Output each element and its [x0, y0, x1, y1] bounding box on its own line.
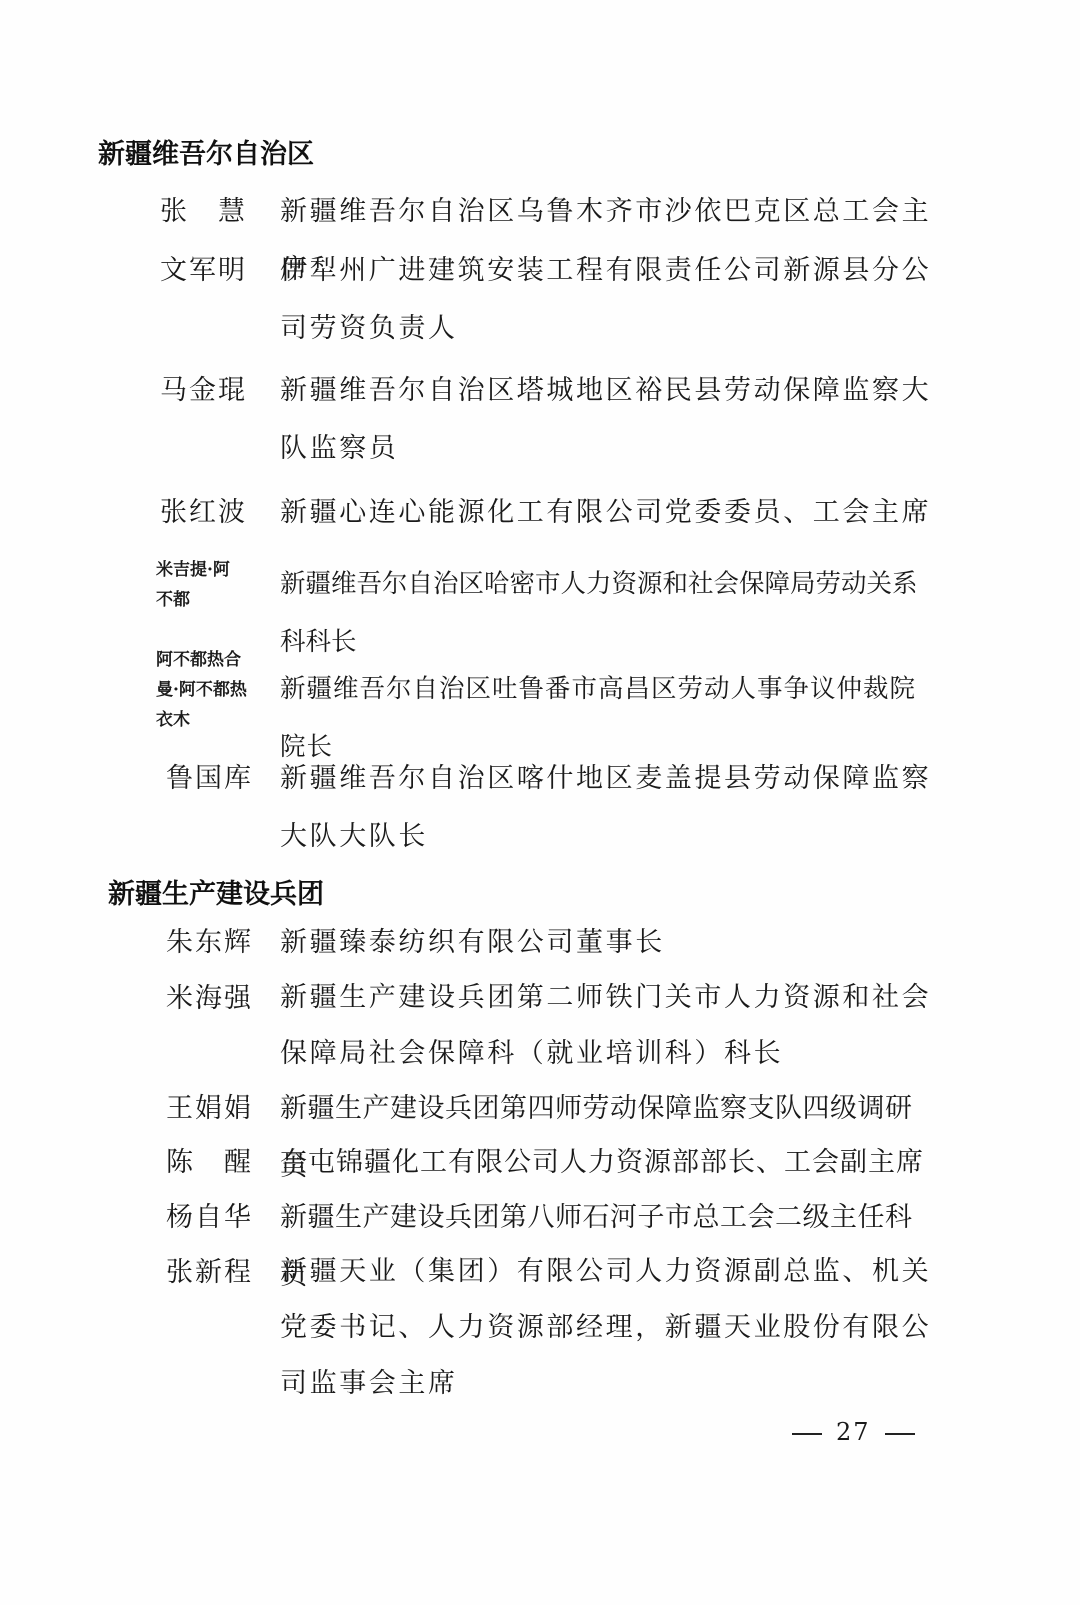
page-number: 27	[778, 1418, 929, 1446]
section-title-xpcc: 新疆生产建设兵团	[108, 872, 324, 911]
person-name: 米吉提·阿不都	[156, 555, 246, 615]
list-item: 陈 醒 奎屯锦疆化工有限公司人力资源部部长、工会副主席	[160, 1134, 950, 1192]
list-item: 阿不都热合曼·阿不都热衣木 新疆维吾尔自治区吐鲁番市高昌区劳动人事争议仲裁院院长	[160, 645, 950, 740]
list-item: 王娟娟 新疆生产建设兵团第四师劳动保障监察支队四级调研员	[160, 1080, 950, 1138]
person-name: 鲁国库	[166, 750, 266, 808]
person-name: 张红波	[160, 484, 260, 542]
person-name: 王娟娟	[166, 1080, 266, 1138]
person-name: 马金琨	[160, 362, 260, 420]
list-item: 张新程 新疆天业（集团）有限公司人力资源副总监、机关党委书记、人力资源部经理，新…	[160, 1244, 950, 1418]
list-item: 文军明 伊犁州广进建筑安装工程有限责任公司新源县分公司劳资负责人	[160, 242, 950, 358]
dash-decoration	[792, 1433, 822, 1435]
person-position: 奎屯锦疆化工有限公司人力资源部部长、工会副主席	[280, 1134, 932, 1192]
person-position: 新疆生产建设兵团第二师铁门关市人力资源和社会保障局社会保障科（就业培训科）科长	[280, 970, 932, 1082]
dash-decoration	[885, 1433, 915, 1435]
list-item: 朱东辉 新疆臻泰纺织有限公司董事长	[160, 914, 950, 972]
person-name: 阿不都热合曼·阿不都热衣木	[156, 645, 248, 735]
person-position: 新疆维吾尔自治区喀什地区麦盖提县劳动保障监察大队大队长	[280, 750, 932, 866]
person-position: 新疆心连心能源化工有限公司党委委员、工会主席	[280, 484, 932, 542]
person-name: 张新程	[166, 1244, 266, 1302]
person-name: 米海强	[166, 970, 266, 1028]
person-position: 伊犁州广进建筑安装工程有限责任公司新源县分公司劳资负责人	[280, 242, 932, 358]
list-item: 鲁国库 新疆维吾尔自治区喀什地区麦盖提县劳动保障监察大队大队长	[160, 750, 950, 866]
list-item: 张红波 新疆心连心能源化工有限公司党委委员、工会主席	[160, 484, 950, 542]
document-page: 新疆维吾尔自治区 张 慧 新疆维吾尔自治区乌鲁木齐市沙依巴克区总工会主席 文军明…	[0, 0, 1080, 1605]
person-position: 新疆臻泰纺织有限公司董事长	[280, 914, 932, 972]
person-name: 杨自华	[166, 1189, 266, 1247]
person-name: 文军明	[160, 242, 260, 300]
person-position: 新疆天业（集团）有限公司人力资源副总监、机关党委书记、人力资源部经理，新疆天业股…	[280, 1244, 932, 1412]
person-position: 新疆维吾尔自治区塔城地区裕民县劳动保障监察大队监察员	[280, 362, 932, 478]
person-name: 朱东辉	[166, 914, 266, 972]
person-name: 陈 醒	[166, 1134, 266, 1192]
page-number-value: 27	[836, 1418, 871, 1446]
list-item: 马金琨 新疆维吾尔自治区塔城地区裕民县劳动保障监察大队监察员	[160, 362, 950, 478]
list-item: 张 慧 新疆维吾尔自治区乌鲁木齐市沙依巴克区总工会主席	[160, 183, 950, 241]
list-item: 杨自华 新疆生产建设兵团第八师石河子市总工会二级主任科员	[160, 1189, 950, 1247]
person-name: 张 慧	[160, 183, 260, 241]
section-title-xinjiang-uygur: 新疆维吾尔自治区	[98, 132, 314, 171]
list-item: 米海强 新疆生产建设兵团第二师铁门关市人力资源和社会保障局社会保障科（就业培训科…	[160, 970, 950, 1086]
list-item: 米吉提·阿不都 新疆维吾尔自治区哈密市人力资源和社会保障局劳动关系科科长	[160, 555, 950, 625]
